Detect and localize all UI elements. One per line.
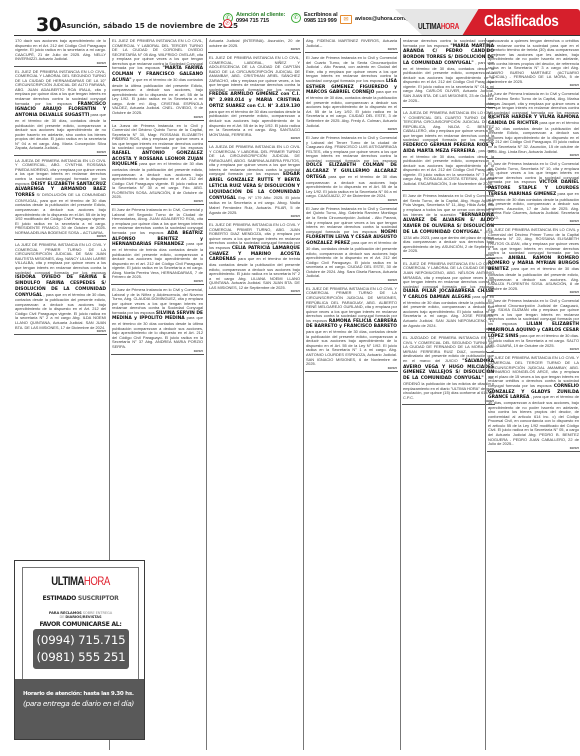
- notice-divider: [487, 88, 580, 89]
- notice-code: IM/2025: [488, 291, 579, 294]
- column-1: 170 dacir sus acciones bajo apercibimien…: [14, 38, 107, 556]
- notice-divider: [305, 132, 398, 133]
- notice-text: para que en el término de 30 días contad…: [112, 161, 203, 199]
- notice-code: IM/2025: [488, 220, 579, 223]
- notice-code: IM/2025: [306, 128, 397, 131]
- ad-phone-box[interactable]: (0994) 715.715 (0981) 555 251: [33, 629, 129, 669]
- ad-phone-1[interactable]: (0994) 715.715: [33, 632, 129, 649]
- notice-text: , para que en el término de 30 días, com…: [488, 394, 579, 446]
- notice-code: IM/2025: [209, 48, 300, 51]
- notice-text: para que en el término de 30 días contad…: [403, 294, 494, 328]
- notice-code: IM/2025: [306, 279, 397, 282]
- notice-code: IM/2025: [15, 151, 106, 154]
- legal-notice: LA JUEZA DE PRIMERA INSTANCIA EN LO CIVI…: [402, 110, 495, 189]
- notice-divider: [487, 224, 580, 225]
- notice-text: y que en el término de 30 días contados …: [112, 77, 203, 115]
- notice-text: para que en el término de 30 días, conta…: [15, 112, 106, 150]
- column-6: convocando a quienes tengan derechos o c…: [487, 38, 580, 750]
- notice-text: Actuaria Judicial (INTERINA). Asunción, …: [209, 38, 300, 48]
- notice-code: IM/2025: [403, 400, 494, 403]
- notice-code: IM/2025: [112, 280, 203, 283]
- header-rule: [14, 35, 580, 36]
- notice-code: IM/2025: [112, 116, 203, 119]
- legal-notice: El Juez de Primera Instancia en lo Civil…: [305, 206, 398, 282]
- notice-divider: [208, 219, 301, 220]
- notice-divider: [14, 239, 107, 240]
- notice-divider: [14, 155, 107, 156]
- notice-text: El Juez de Primera Instancia en lo Civil…: [306, 55, 397, 83]
- notice-divider: [111, 284, 204, 285]
- notice-code: IM/2025: [403, 328, 494, 331]
- notice-divider: [14, 66, 107, 67]
- notice-text: LA JUEZA DE PRIMERA INSTANCIA EN LO CIVI…: [403, 110, 494, 142]
- notice-code: IM/2025: [488, 348, 579, 351]
- notice-code: IM/2025: [403, 186, 494, 189]
- whatsapp-icon: ✆: [291, 13, 301, 23]
- notice-text: para que en el término de 30 días contad…: [209, 109, 300, 137]
- notice-divider: [305, 283, 398, 284]
- notice-text: para que en el término de 30 días, conta…: [306, 89, 397, 127]
- legal-notice: LA JUEZ DE PRIMERA INSTANCIA EN LO CIVIL…: [14, 242, 107, 333]
- contact-phone: 0994 715 715: [236, 18, 285, 24]
- notice-code: IM/2025: [306, 199, 397, 202]
- notice-divider: [487, 352, 580, 353]
- notice-text: Abg. FIDENCIA MARTINEZ RIVEROS, Actuaria…: [306, 38, 397, 48]
- notice-divider: [305, 371, 398, 372]
- notice-text: para que en el término de 30 días contad…: [112, 315, 203, 349]
- notice-divider: [208, 294, 301, 295]
- legal-notice: EL JUEZ DE PRIMERA INSTANCIA EN LO CIVIL…: [208, 222, 301, 293]
- notice-divider: [487, 158, 580, 159]
- notice-text: para que en el término de treinta días c…: [209, 256, 300, 290]
- notice-divider: [402, 258, 495, 259]
- section-title: Clasificados: [484, 13, 558, 31]
- notice-text: La Jueza de Primera Instancia en lo Civi…: [112, 123, 203, 151]
- column-divider: [303, 38, 304, 750]
- notice-divider: [111, 354, 204, 355]
- notice-code: IM/2025: [15, 235, 106, 238]
- notice-text: , para que en el término de 30 días, con…: [403, 148, 494, 186]
- notice-divider: [111, 204, 204, 205]
- notice-divider: [402, 107, 495, 108]
- ultimahora-logo[interactable]: ULTIMAHORA: [418, 22, 459, 31]
- customer-service-contact[interactable]: ✆ Atención al cliente: 0994 715 715: [223, 12, 285, 25]
- notice-divider: [402, 190, 495, 191]
- notice-divider: [111, 120, 204, 121]
- notice-text: 170 dacir sus acciones bajo apercibimien…: [15, 38, 106, 61]
- notice-text: para que en el término de 30 días contad…: [488, 120, 579, 154]
- notice-code: IM/2025: [209, 290, 300, 293]
- legal-notice: EL JUEZ DE PRIMERA INSTANCIA EN LO CIVIL…: [402, 261, 495, 331]
- column-divider: [206, 38, 207, 750]
- notice-code: IM/2025: [112, 350, 203, 353]
- notice-text: convocando a quienes tengan derechos o c…: [488, 38, 579, 84]
- legal-notice: EL JUEZ DE PRIMERA INSTANCIA EN LO CIVIL…: [487, 227, 580, 294]
- ad-note: (para entrega de diario en el día): [23, 699, 144, 708]
- mail-icon: ✉: [340, 15, 352, 24]
- notice-party-names: FREDEE ARMILDO GIMENEZ con C.I. N° 2.988…: [209, 92, 300, 109]
- notice-text: , para que en el término de 30 días, con…: [15, 292, 106, 330]
- legal-notice: LA JUEZA DE PRIMERA INSTANCIA EN LO CIVI…: [208, 144, 301, 218]
- notice-divider: [14, 334, 107, 335]
- notice-code: IM/2025: [15, 62, 106, 65]
- legal-notice: EL JUEZ DE PRIMERA INSTANCIA EN LO CIVIL…: [487, 355, 580, 449]
- notice-code: IM/2025: [112, 200, 203, 203]
- legal-notice: EL JUZGADO DE PRIMERA INSTANCIA EN LO CI…: [402, 335, 495, 403]
- notice-code: IM/2025: [403, 254, 494, 257]
- notice-divider: [487, 451, 580, 452]
- legal-notice: EL JUEZ DE PRIMERA INSTANCIA EN LO CIVIL…: [305, 286, 398, 370]
- notice-divider: [402, 404, 495, 405]
- notice-code: IM/2025: [209, 137, 300, 140]
- notice-divider: [402, 332, 495, 333]
- page-header: 30 Asunción, sábado 15 de noviembre de 2…: [0, 0, 580, 36]
- notice-code: IM/2025: [306, 367, 397, 370]
- ad-reclamos-text: PARA RECLAMOS SOBRE ENTREGA DE DIARIOS/R…: [15, 611, 146, 620]
- notice-divider: [208, 52, 301, 53]
- whatsapp-contact[interactable]: ✆ Escribinos al 0985 119 999: [291, 12, 338, 25]
- legal-notice: Abg. FIDENCIA MARTINEZ RIVEROS, Actuaria…: [305, 38, 398, 51]
- notice-text: EL JUEZ DE PRIMERA INSTANCIA EN LO CIVIL…: [403, 261, 494, 289]
- notice-text: para que en el término de treinta días c…: [112, 241, 203, 279]
- ad-hours: Horario de atención: hasta las 9.30 hs.: [23, 691, 144, 697]
- notice-text: El Juez de Primera Instancia en lo Civil…: [306, 135, 397, 163]
- legal-notice: El Juez de Primera Instancia en lo Civil…: [111, 287, 204, 353]
- legal-notice: La Juez de Primera Instancia en lo Civil…: [487, 91, 580, 157]
- legal-notice: El Juez de Primera Instancia en lo Civil…: [305, 55, 398, 131]
- email-contact[interactable]: ✉ avisos@uhora.com.py: [340, 15, 413, 24]
- notice-text: LA JUEZ DE PRIMERA INSTANCIA EN LO CIVIL…: [15, 242, 106, 274]
- notice-text: EL JUEZ DE PRIMERA INSTANCIA EN LO CIVIL…: [209, 55, 300, 92]
- column-5: reclamar derechos contra la sociedad con…: [402, 38, 495, 750]
- column-3: Actuaria Judicial (INTERINA). Asunción, …: [208, 38, 301, 750]
- legal-notice: EL JUEZ DE PRIMERA INSTANCIA EN LO CIVIL…: [208, 55, 301, 140]
- subscriber-service-ad: ULTIMAHORA ESTIMADO SUSCRIPTOR PARA RECL…: [14, 560, 145, 740]
- legal-notice: 170 dacir sus acciones bajo apercibimien…: [14, 38, 107, 65]
- notice-text: La Juez de Primera Instancia en lo Civil…: [488, 91, 579, 114]
- notice-divider: [487, 295, 580, 296]
- legal-notice: El Juez de Primera Instancia en lo Civil…: [402, 193, 495, 257]
- notice-text: EL JUEZ DE PRIMERA INSTANCIA EN LO CIVIL…: [15, 69, 106, 106]
- ad-phone-2[interactable]: (0981) 555 251: [33, 649, 129, 666]
- column-divider: [485, 38, 486, 750]
- notice-text: para que en el término de 30 días, conta…: [306, 329, 397, 366]
- legal-notice: El Juez de Primera Instancia en lo Civil…: [111, 207, 204, 283]
- notice-code: IM/2025: [15, 330, 106, 333]
- phone-icon: ✆: [223, 19, 232, 28]
- legal-notice: EL JUEZ DE PRIMERA INSTANCIA EN LO CIVIL…: [111, 38, 204, 119]
- legal-notice: La Jueza de Primera Instancia en lo Civi…: [111, 123, 204, 204]
- legal-notice: Actuaria Judicial (INTERINA). Asunción, …: [208, 38, 301, 51]
- page-number: 30: [36, 14, 61, 36]
- ad-footer: Horario de atención: hasta las 9.30 hs. …: [15, 679, 144, 739]
- notice-text: para que en el término de 30 días, conta…: [306, 240, 397, 278]
- legal-notice: reclamar derechos contra la sociedad con…: [402, 38, 495, 106]
- notice-text: EL JUEZ DE PRIMERA INSTANCIA EN LO CIVIL…: [306, 286, 397, 323]
- notice-text: S/ DISOLUCIÓN DE LA COMUNIDAD CONYUGAL, …: [15, 192, 106, 235]
- notice-divider: [208, 141, 301, 142]
- page-date: Asunción, sábado 15 de noviembre de 2025: [61, 21, 238, 30]
- notice-divider: [305, 203, 398, 204]
- notice-code: IM/2025: [488, 447, 579, 450]
- column-4: Abg. FIDENCIA MARTINEZ RIVEROS, Actuaria…: [305, 38, 398, 750]
- legal-notice: El Juez de Primera Instancia en lo Civil…: [487, 298, 580, 351]
- notice-code: IM/2025: [488, 84, 579, 87]
- ad-heading: ESTIMADO SUSCRIPTOR: [15, 595, 146, 602]
- column-divider: [400, 38, 401, 750]
- legal-notice: El Juez de Primera Instancia en lo Civil…: [305, 135, 398, 202]
- legal-notice: convocando a quienes tengan derechos o c…: [487, 38, 580, 87]
- notice-text: , para que en el término de 30 días, con…: [403, 60, 494, 103]
- legal-notice: El Juez de Primera Instancia en lo Civil…: [487, 161, 580, 223]
- notice-code: IM/2025: [488, 154, 579, 157]
- legal-notice: LA JUEZA DE PRIMERA INSTANCIA EN LO CIVI…: [14, 158, 107, 239]
- notice-code: IM/2025: [306, 48, 397, 51]
- ad-call-to-action: FAVOR COMUNICARSE AL:: [15, 621, 146, 628]
- legal-notice: EL JUEZ DE PRIMERA INSTANCIA EN LO CIVIL…: [14, 69, 107, 154]
- contact-phone: 0985 119 999: [304, 18, 338, 24]
- ad-ultimahora-logo: ULTIMAHORA: [28, 574, 133, 588]
- notice-divider: [305, 52, 398, 53]
- notice-code: IM/2025: [209, 215, 300, 218]
- notice-code: IM/2025: [403, 103, 494, 106]
